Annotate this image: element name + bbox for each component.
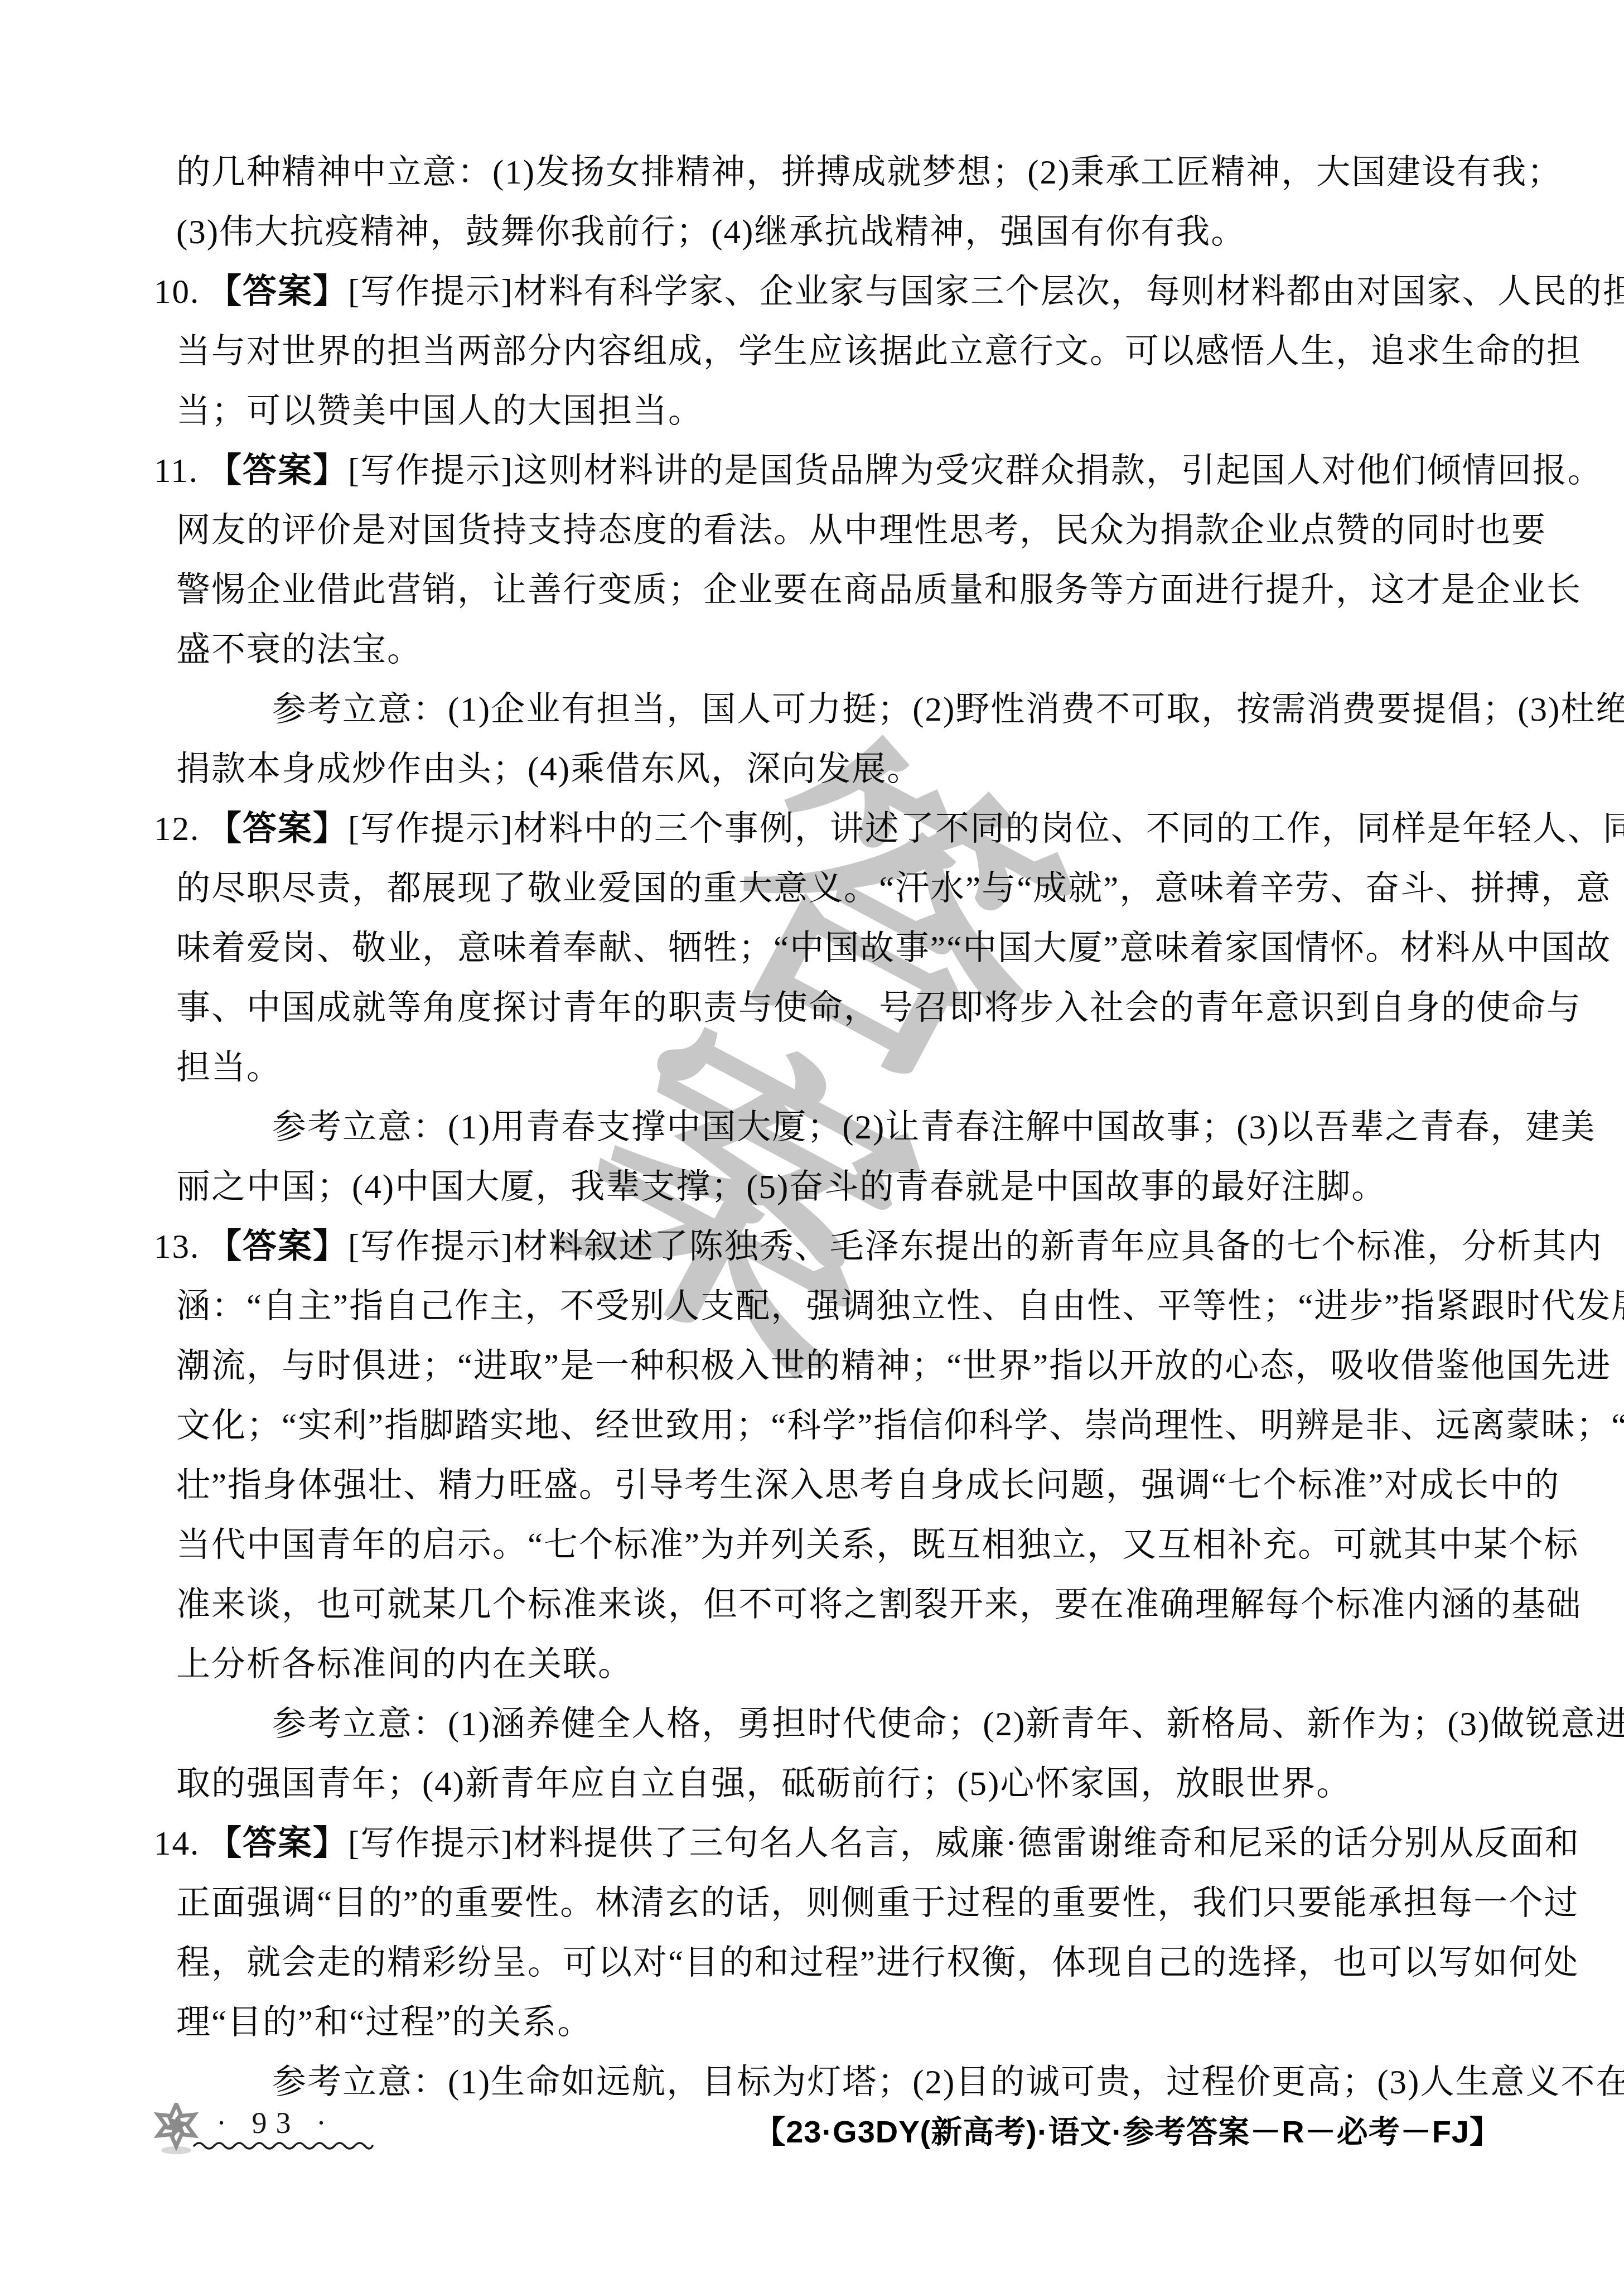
line-text: 参考立意：(1)生命如远航，目标为灯塔；(2)目的诚可贵，过程价更高；(3)人生… (272, 2064, 1624, 2101)
text-line: 警惕企业借此营销，让善行变质；企业要在商品质量和服务等方面进行提升，这才是企业长 (154, 561, 1548, 620)
line-text: 的尽职尽责，都展现了敬业爱国的重大意义。“汗水”与“成就”，意味着辛劳、奋斗、拼… (176, 870, 1611, 908)
line-text: 味着爱岗、敬业，意味着奉献、牺牲；“中国故事”“中国大厦”意味着家国情怀。材料从… (176, 930, 1611, 967)
line-text: 当；可以赞美中国人的大国担当。 (176, 393, 703, 430)
text-line: 味着爱岗、敬业，意味着奉献、牺牲；“中国故事”“中国大厦”意味着家国情怀。材料从… (154, 919, 1548, 978)
text-line: 当代中国青年的启示。“七个标准”为并列关系，既互相独立，又互相补充。可就其中某个… (154, 1515, 1548, 1575)
line-text: 正面强调“目的”的重要性。林清玄的话，则侧重于过程的重要性，我们只要能承担每一个… (176, 1885, 1579, 1922)
text-line: 程，就会走的精彩纷呈。可以对“目的和过程”进行权衡，体现自己的选择，也可以写如何… (154, 1933, 1548, 1993)
text-line: 当与对世界的担当两部分内容组成，学生应该据此立意行文。可以感悟人生，追求生命的担 (154, 322, 1548, 382)
line-text: 当代中国青年的启示。“七个标准”为并列关系，既互相独立，又互相补充。可就其中某个… (176, 1527, 1579, 1564)
text-line: 参考立意：(1)涵养健全人格，勇担时代使命；(2)新青年、新格局、新作为；(3)… (154, 1695, 1548, 1754)
answer-label: 【答案】 (207, 810, 348, 848)
text-line: 取的强国青年；(4)新青年应自立自强，砥砺前行；(5)心怀家国，放眼世界。 (154, 1754, 1548, 1814)
text-line: 准来谈，也可就某几个标准来谈，但不可将之割裂开来，要在准确理解每个标准内涵的基础 (154, 1575, 1548, 1635)
text-line: 上分析各标准间的内在关联。 (154, 1635, 1548, 1695)
line-text: 取的强国青年；(4)新青年应自立自强，砥砺前行；(5)心怀家国，放眼世界。 (176, 1765, 1351, 1803)
answer-label: 【答案】 (207, 1228, 348, 1266)
line-text: 事、中国成就等角度探讨青年的职责与使命，号召即将步入社会的青年意识到自身的使命与 (176, 990, 1582, 1027)
line-text: 材料中的三个事例，讲述了不同的岗位、不同的工作，同样是年轻人、同样 (514, 810, 1624, 848)
line-text: 参考立意：(1)涵养健全人格，勇担时代使命；(2)新青年、新格局、新作为；(3)… (272, 1706, 1624, 1743)
answer-label: 【答案】 (207, 273, 348, 311)
text-line: 的几种精神中立意：(1)发扬女排精神，拼搏成就梦想；(2)秉承工匠精神，大国建设… (154, 143, 1548, 202)
line-text: 壮”指身体强壮、精力旺盛。引导考生深入思考自身成长问题，强调“七个标准”对成长中… (176, 1467, 1560, 1504)
text-line: 潮流，与时俱进；“进取”是一种积极入世的精神；“世界”指以开放的心态，吸收借鉴他… (154, 1336, 1548, 1396)
item-number: 12. (154, 799, 207, 859)
hint-label: [写作提示] (348, 810, 514, 848)
text-line: 13.【答案】[写作提示]材料叙述了陈独秀、毛泽东提出的新青年应具备的七个标准，… (154, 1217, 1548, 1277)
text-line: 正面强调“目的”的重要性。林清玄的话，则侧重于过程的重要性，我们只要能承担每一个… (154, 1874, 1548, 1933)
answer-label: 【答案】 (207, 452, 348, 490)
line-text: 理“目的”和“过程”的关系。 (176, 2004, 592, 2041)
line-text: 材料叙述了陈独秀、毛泽东提出的新青年应具备的七个标准，分析其内 (514, 1228, 1603, 1266)
text-line: 参考立意：(1)企业有担当，国人可力挺；(2)野性消费不可取，按需消费要提倡；(… (154, 680, 1548, 740)
text-line: 的尽职尽责，都展现了敬业爱国的重大意义。“汗水”与“成就”，意味着辛劳、奋斗、拼… (154, 859, 1548, 919)
item-number: 10. (154, 262, 207, 322)
line-text: 担当。 (176, 1049, 282, 1087)
hint-label: [写作提示] (348, 273, 514, 311)
text-line: 理“目的”和“过程”的关系。 (154, 1993, 1548, 2053)
line-text: 涵：“自主”指自己作主，不受别人支配，强调独立性、自由性、平等性；“进步”指紧跟… (176, 1288, 1624, 1325)
line-text: 准来谈，也可就某几个标准来谈，但不可将之割裂开来，要在准确理解每个标准内涵的基础 (176, 1586, 1582, 1624)
footer-code: 【23·G3DY(新高考)·语文·参考答案－R－必考－FJ】 (754, 2107, 1501, 2152)
line-text: 这则材料讲的是国货品牌为受灾群众捐款，引起国人对他们倾情回报。 (514, 452, 1603, 490)
text-line: 盛不衰的法宝。 (154, 620, 1548, 680)
text-line: 丽之中国；(4)中国大厦，我辈支撑；(5)奋斗的青春就是中国故事的最好注脚。 (154, 1157, 1548, 1217)
text-line: 10.【答案】[写作提示]材料有科学家、企业家与国家三个层次，每则材料都由对国家… (154, 262, 1548, 322)
text-line: 网友的评价是对国货持支持态度的看法。从中理性思考，民众为捐款企业点赞的同时也要 (154, 501, 1548, 561)
line-text: 丽之中国；(4)中国大厦，我辈支撑；(5)奋斗的青春就是中国故事的最好注脚。 (176, 1169, 1386, 1206)
line-text: 当与对世界的担当两部分内容组成，学生应该据此立意行文。可以感悟人生，追求生命的担 (176, 333, 1582, 370)
text-line: 担当。 (154, 1038, 1548, 1098)
text-line: 12.【答案】[写作提示]材料中的三个事例，讲述了不同的岗位、不同的工作，同样是… (154, 799, 1548, 859)
document-body: 的几种精神中立意：(1)发扬女排精神，拼搏成就梦想；(2)秉承工匠精神，大国建设… (154, 143, 1548, 2112)
text-line: 捐款本身成炒作由头；(4)乘借东风，深向发展。 (154, 740, 1548, 799)
line-text: 捐款本身成炒作由头；(4)乘借东风，深向发展。 (176, 751, 922, 788)
hint-label: [写作提示] (348, 1825, 514, 1862)
text-line: 壮”指身体强壮、精力旺盛。引导考生深入思考自身成长问题，强调“七个标准”对成长中… (154, 1456, 1548, 1515)
line-text: 文化；“实利”指脚踏实地、经世致用；“科学”指信仰科学、崇尚理性、明辨是非、远离… (176, 1407, 1624, 1445)
hint-label: [写作提示] (348, 452, 514, 490)
line-text: 程，就会走的精彩纷呈。可以对“目的和过程”进行权衡，体现自己的选择，也可以写如何… (176, 1944, 1579, 1982)
hint-label: [写作提示] (348, 1228, 514, 1266)
line-text: 警惕企业借此营销，让善行变质；企业要在商品质量和服务等方面进行提升，这才是企业长 (176, 572, 1582, 609)
item-number: 14. (154, 1814, 207, 1874)
answer-label: 【答案】 (207, 1825, 348, 1862)
line-text: 的几种精神中立意：(1)发扬女排精神，拼搏成就梦想；(2)秉承工匠精神，大国建设… (176, 154, 1562, 191)
line-text: 材料有科学家、企业家与国家三个层次，每则材料都由对国家、人民的担 (514, 273, 1624, 311)
item-number: 13. (154, 1217, 207, 1277)
item-number: 11. (154, 441, 207, 501)
line-text: (3)伟大抗疫精神，鼓舞你我前行；(4)继承抗战精神，强国有你有我。 (176, 214, 1246, 251)
line-text: 上分析各标准间的内在关联。 (176, 1646, 633, 1683)
line-text: 参考立意：(1)企业有担当，国人可力挺；(2)野性消费不可取，按需消费要提倡；(… (272, 691, 1624, 728)
text-line: 当；可以赞美中国人的大国担当。 (154, 382, 1548, 441)
line-text: 网友的评价是对国货持支持态度的看法。从中理性思考，民众为捐款企业点赞的同时也要 (176, 512, 1546, 549)
line-text: 潮流，与时俱进；“进取”是一种积极入世的精神；“世界”指以开放的心态，吸收借鉴他… (176, 1348, 1611, 1385)
text-line: 11.【答案】[写作提示]这则材料讲的是国货品牌为受灾群众捐款，引起国人对他们倾… (154, 441, 1548, 501)
text-line: 事、中国成就等角度探讨青年的职责与使命，号召即将步入社会的青年意识到自身的使命与 (154, 978, 1548, 1038)
text-line: 参考立意：(1)用青春支撑中国大厦；(2)让青春注解中国故事；(3)以吾辈之青春… (154, 1098, 1548, 1157)
line-text: 参考立意：(1)用青春支撑中国大厦；(2)让青春注解中国故事；(3)以吾辈之青春… (272, 1109, 1596, 1146)
page-number: · 93 · (216, 2106, 335, 2140)
line-text: 材料提供了三句名人名言，威廉·德雷谢维奇和尼采的话分别从反面和 (514, 1825, 1580, 1862)
text-line: 文化；“实利”指脚踏实地、经世致用；“科学”指信仰科学、崇尚理性、明辨是非、远离… (154, 1396, 1548, 1456)
text-line: (3)伟大抗疫精神，鼓舞你我前行；(4)继承抗战精神，强国有你有我。 (154, 202, 1548, 262)
line-text: 盛不衰的法宝。 (176, 631, 422, 669)
text-line: 涵：“自主”指自己作主，不受别人支配，强调独立性、自由性、平等性；“进步”指紧跟… (154, 1277, 1548, 1336)
wavy-underline (193, 2139, 374, 2154)
text-line: 14.【答案】[写作提示]材料提供了三句名人名言，威廉·德雷谢维奇和尼采的话分别… (154, 1814, 1548, 1874)
text-line: 参考立意：(1)生命如远航，目标为灯塔；(2)目的诚可贵，过程价更高；(3)人生… (154, 2053, 1548, 2112)
